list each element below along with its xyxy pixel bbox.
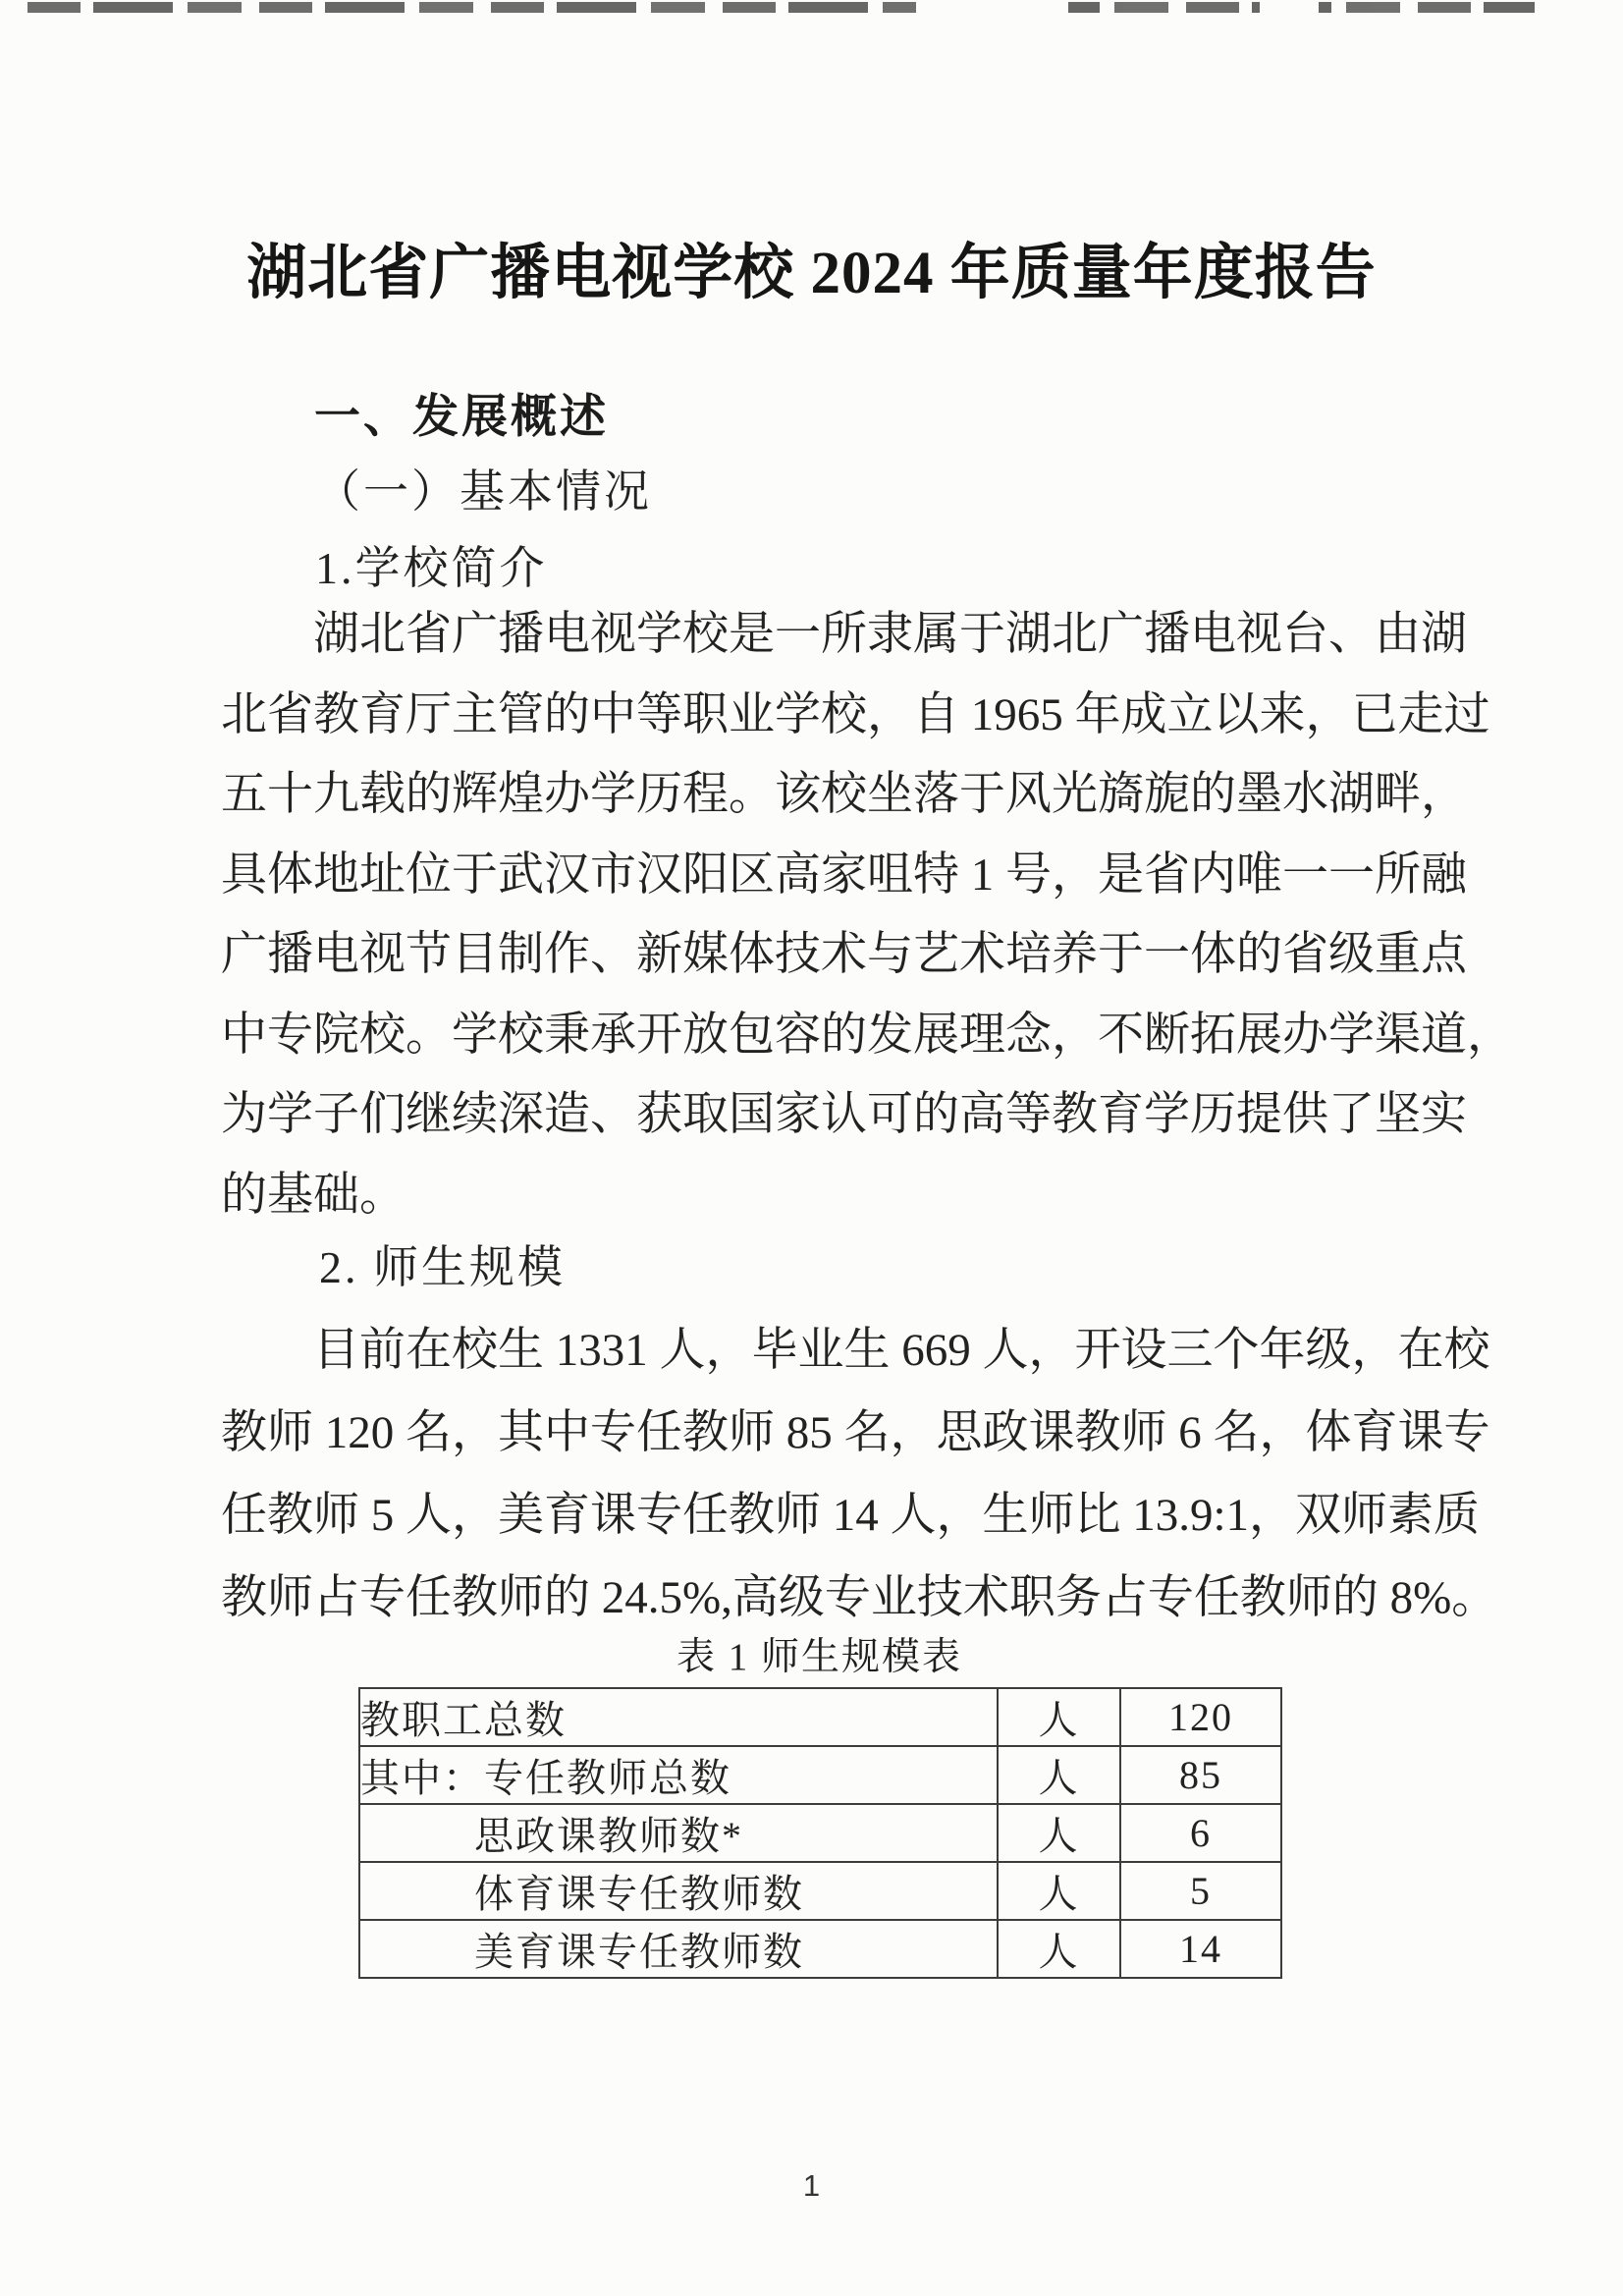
paragraph-line: 教师占专任教师的 24.5%,高级专业技术职务占专任教师的 8%。 (221, 1557, 1411, 1639)
page-number: 1 (0, 2168, 1623, 2204)
document-page: 湖北省广播电视学校 2024 年质量年度报告 一、发展概述 （一）基本情况 1.… (0, 0, 1623, 2296)
scan-artifact-gap (916, 0, 1068, 15)
cell-unit: 人 (998, 1804, 1120, 1862)
cell-unit: 人 (998, 1746, 1120, 1804)
scan-artifact-gap (1260, 0, 1319, 15)
page-title: 湖北省广播电视学校 2024 年质量年度报告 (0, 234, 1623, 314)
subsection-heading-scale: 2. 师生规模 (319, 1229, 566, 1307)
paragraph-school-intro: 湖北省广播电视学校是一所隶属于湖北广播电视台、由湖 北省教育厅主管的中等职业学校… (221, 595, 1411, 1235)
cell-unit: 人 (998, 1920, 1120, 1978)
table-row: 思政课教师数* 人 6 (359, 1804, 1281, 1862)
paragraph-line: 任教师 5 人，美育课专任教师 14 人，生师比 13.9:1，双师素质 (221, 1474, 1411, 1557)
paragraph-line: 五十九载的辉煌办学历程。该校坐落于风光旖旎的墨水湖畔， (221, 755, 1411, 836)
cell-label: 美育课专任教师数 (359, 1920, 998, 1978)
paragraph-line: 广播电视节目制作、新媒体技术与艺术培养于一体的省级重点 (221, 915, 1411, 996)
staff-table: 教职工总数 人 120 其中：专任教师总数 人 85 思政课教师数* 人 6 体… (358, 1687, 1282, 1979)
cell-value: 14 (1120, 1920, 1281, 1978)
subsection-heading-basic-info: （一）基本情况 (315, 453, 652, 531)
cell-label: 思政课教师数* (359, 1804, 998, 1862)
paragraph-line: 的基础。 (221, 1156, 1411, 1236)
cell-unit: 人 (998, 1688, 1120, 1746)
cell-value: 85 (1120, 1746, 1281, 1804)
cell-value: 6 (1120, 1804, 1281, 1862)
paragraph-line: 中专院校。学校秉承开放包容的发展理念，不断拓展办学渠道， (221, 996, 1411, 1076)
paragraph-line: 为学子们继续深造、获取国家认可的高等教育学历提供了坚实 (221, 1075, 1411, 1156)
section-heading-overview: 一、发展概述 (314, 377, 609, 456)
cell-label: 其中：专任教师总数 (359, 1746, 998, 1804)
paragraph-line: 北省教育厅主管的中等职业学校，自 1965 年成立以来，已走过 (221, 676, 1411, 756)
scan-artifact (27, 2, 1535, 13)
paragraph-line: 湖北省广播电视学校是一所隶属于湖北广播电视台、由湖 (221, 595, 1411, 676)
table-row: 美育课专任教师数 人 14 (359, 1920, 1281, 1978)
cell-value: 5 (1120, 1862, 1281, 1920)
paragraph-line: 具体地址位于武汉市汉阳区高家咀特 1 号，是省内唯一一所融 (221, 836, 1411, 916)
table-caption: 表 1 师生规模表 (358, 1630, 1280, 1685)
cell-label: 体育课专任教师数 (359, 1862, 998, 1920)
table-row: 其中：专任教师总数 人 85 (359, 1746, 1281, 1804)
paragraph-scale: 目前在校生 1331 人，毕业生 669 人，开设三个年级，在校 教师 120 … (221, 1309, 1411, 1639)
cell-label: 教职工总数 (359, 1688, 998, 1746)
table-row: 教职工总数 人 120 (359, 1688, 1281, 1746)
cell-value: 120 (1120, 1688, 1281, 1746)
paragraph-line: 教师 120 名，其中专任教师 85 名，思政课教师 6 名，体育课专 (221, 1392, 1411, 1474)
table-row: 体育课专任教师数 人 5 (359, 1862, 1281, 1920)
paragraph-line: 目前在校生 1331 人，毕业生 669 人，开设三个年级，在校 (221, 1309, 1411, 1392)
cell-unit: 人 (998, 1862, 1120, 1920)
